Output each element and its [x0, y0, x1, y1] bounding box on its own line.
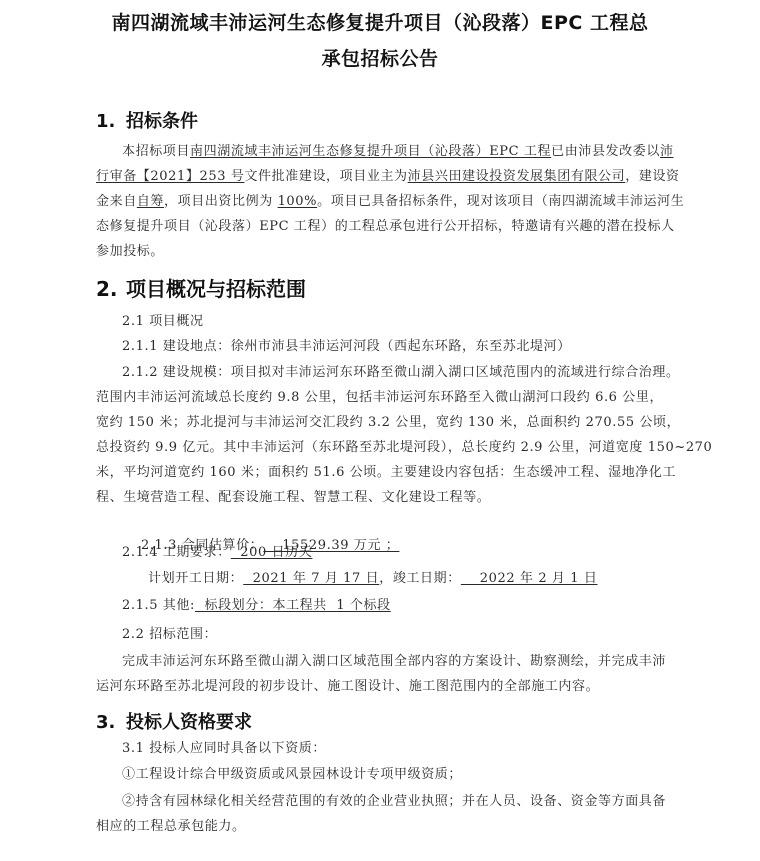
section-1-paragraph-line: 本招标项目南四湖流域丰沛运河生态修复提升项目（沁段落）EPC 工程已由沛县发改委…: [96, 143, 662, 161]
section-1-paragraph-line: 金来自自筹，项目出资比例为 100%。项目已具备招标条件，现对该项目（南四湖流域…: [96, 193, 662, 211]
planned-dates: 计划开工日期： 2021 年 7 月 17 日，竣工日期： 2022 年 2 月…: [148, 570, 714, 588]
text-run: 已由沛县发改委以: [551, 144, 660, 159]
start-date-value: 2021 年 7 月 17 日: [243, 571, 379, 586]
qualification-item-1: ①工程设计综合甲级资质或风景园林设计专项甲级资质；: [122, 766, 688, 784]
text-run: 。项目已具备招标条件，现对该项目（南四湖流域丰沛运河生: [317, 194, 684, 209]
text-run: ，建设资: [625, 169, 679, 184]
duration-value: 200 日历天: [231, 545, 313, 560]
section-2-heading: 2.项目概况与招标范围: [96, 273, 306, 302]
subsection-2-1-2-line: 总投资约 9.9 亿元。其中丰沛运河（东环路至苏北堤河段），总长度约 2.9 公…: [96, 439, 662, 457]
approval-doc-underlined: 沛: [660, 144, 674, 159]
fund-source-underlined: 自筹: [137, 194, 164, 209]
document-title-line-2: 承包招标公告: [0, 44, 760, 71]
subsection-2-1-2-line: 程、生境营造工程、配套设施工程、智慧工程、文化建设工程等。: [96, 489, 662, 507]
section-3-heading: 3.投标人资格要求: [96, 708, 252, 734]
section-1-paragraph-line: 态修复提升项目（沁段落）EPC 工程）的工程总承包进行公开招标，特邀请有兴趣的潜…: [96, 218, 662, 236]
text-run: 金来自: [96, 194, 137, 209]
section-1-number: 1.: [96, 111, 126, 132]
funding-ratio-underlined: 100%: [278, 194, 318, 209]
end-date-value: 2022 年 2 月 1 日: [461, 571, 598, 586]
subsection-3-1: 3.1 投标人应同时具备以下资质：: [122, 740, 688, 758]
other-value: 标段划分：本工程共 1 个标段: [195, 598, 391, 613]
text-run: 本招标项目: [122, 144, 190, 159]
section-3-number: 3.: [96, 712, 126, 733]
section-2-title: 项目概况与招标范围: [126, 277, 306, 301]
section-1-heading: 1.招标条件: [96, 107, 198, 133]
document-page: 南四湖流域丰沛运河生态修复提升项目（沁段落）EPC 工程总 承包招标公告 1.招…: [0, 0, 760, 861]
subsection-2-2-line: 运河东环路至苏北堤河段的初步设计、施工图设计、施工图范围内的全部施工内容。: [96, 678, 662, 696]
approval-doc-underlined: 行审备【2021】253 号: [96, 169, 244, 184]
text-run: 文件批准建设，项目业主为: [244, 169, 407, 184]
subsection-2-1-5: 2.1.5 其他: 标段划分：本工程共 1 个标段: [122, 597, 688, 615]
section-1-title: 招标条件: [126, 111, 198, 132]
other-label: 2.1.5 其他:: [122, 598, 195, 613]
subsection-2-1-1: 2.1.1 建设地点：徐州市沛县丰沛运河河段（西起东环路，东至苏北堤河）: [122, 338, 688, 356]
section-1-paragraph-line: 行审备【2021】253 号文件批准建设，项目业主为沛县兴田建设投资发展集团有限…: [96, 168, 662, 186]
subsection-2-1-2-line: 范围内丰沛运河流域总长度约 9.8 公里，包括丰沛运河东环路至入微山湖河口段约 …: [96, 389, 662, 407]
document-title-line-1: 南四湖流域丰沛运河生态修复提升项目（沁段落）EPC 工程总: [0, 8, 760, 35]
subsection-2-1-2-line: 2.1.2 建设规模：项目拟对丰沛运河东环路至微山湖入湖口区域范围内的流域进行综…: [96, 364, 662, 382]
subsection-2-1: 2.1 项目概况: [122, 313, 688, 331]
subsection-2-2: 2.2 招标范围：: [122, 626, 688, 644]
project-name-underlined: 南四湖流域丰沛运河生态修复提升项目（沁段落）EPC 工程: [190, 144, 551, 159]
owner-name-underlined: 沛县兴田建设投资发展集团有限公司: [408, 169, 626, 184]
subsection-2-1-2-line: 宽约 150 米；苏北提河与丰沛运河交汇段约 3.2 公里，宽约 130 米，总…: [96, 414, 662, 432]
start-date-label: 计划开工日期：: [148, 571, 243, 586]
end-date-label: ，竣工日期：: [379, 571, 461, 586]
subsection-2-2-line: 完成丰沛运河东环路至微山湖入湖口区域范围全部内容的方案设计、勘察测绘，并完成丰沛: [96, 653, 662, 671]
section-1-paragraph-line: 参加投标。: [96, 243, 662, 261]
qualification-item-2-line: ②持含有园林绿化相关经营范围的有效的企业营业执照；并在人员、设备、资金等方面具备: [96, 793, 662, 811]
duration-label: 2.1.4 工期要求：: [122, 545, 231, 560]
section-3-title: 投标人资格要求: [126, 712, 252, 733]
subsection-2-1-4: 2.1.4 工期要求： 200 日历天: [122, 544, 688, 562]
subsection-2-1-2-line: 米，平均河道宽约 160 米；面积约 51.6 公顷。主要建设内容包括：生态缓冲…: [96, 464, 662, 482]
qualification-item-2-line: 相应的工程总承包能力。: [96, 818, 662, 836]
section-2-number: 2.: [96, 277, 126, 301]
text-run: ，项目出资比例为: [164, 194, 278, 209]
